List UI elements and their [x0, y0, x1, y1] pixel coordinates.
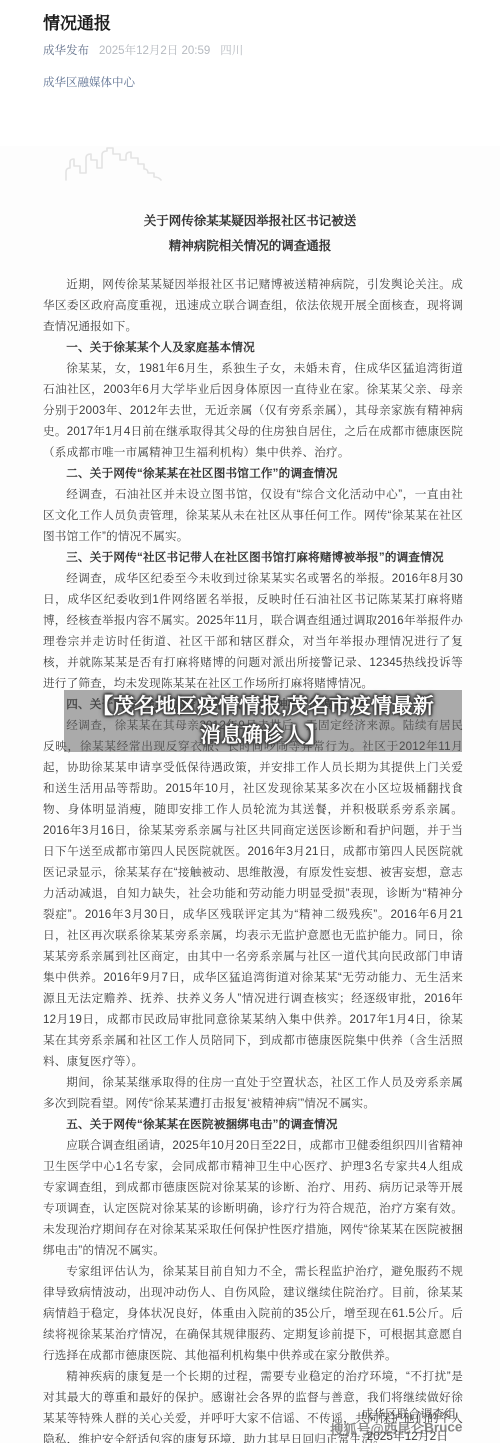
article-body: 近期，网传徐某某疑因举报社区书记赌博被送精神病院，引发舆论关注。成华区委区政府高… [43, 274, 463, 1443]
notice-document-photo[interactable]: 关于网传徐某某疑因举报社区书记被送 精神病院相关情况的调查通报 近期，网传徐某某… [0, 146, 500, 1443]
center-watermark-line1: 【茂名地区疫情情报,茂名市疫情最新 [92, 692, 434, 721]
account-name-link[interactable]: 成华发布 [43, 43, 89, 59]
skyline-sketch-icon [64, 146, 176, 182]
source-line: 成华区融媒体中心 [43, 75, 462, 91]
publish-datetime: 2025年12月2日 20:59 [99, 43, 210, 59]
doc-paragraph: 徐某某，女，1981年6月生，系独生子女，未婚未育，住成华区猛追湾街道石油社区，… [43, 358, 463, 463]
center-watermark-line2: 消息确诊人】 [200, 721, 326, 750]
bottom-watermark: 搜狐号@西昆仑Bruce [329, 1415, 462, 1438]
article-page: 情况通报 成华发布 2025年12月2日 20:59 四川 成华区融媒体中心 关… [0, 0, 500, 1443]
doc-paragraph: 专家组评估认为，徐某某目前自知力不全，需长程监护治疗，避免服药不规律导致病情波动… [43, 1261, 463, 1366]
doc-section-heading: 三、关于网传“社区书记带人在社区图书馆打麻将赌博被举报”的调查情况 [43, 547, 463, 568]
doc-paragraph: 近期，网传徐某某疑因举报社区书记赌博被送精神病院，引发舆论关注。成华区委区政府高… [43, 274, 463, 337]
publish-location: 四川 [220, 43, 243, 59]
notice-title-line2: 精神病院相关情况的调查通报 [0, 234, 500, 259]
doc-paragraph: 经调查，徐某某在其母亲2012年9月去世后，无固定经济来源。陆续有居民反映，徐某… [43, 715, 463, 1072]
doc-section-heading: 二、关于网传“徐某某在社区图书馆工作”的调查情况 [43, 463, 463, 484]
page-title: 情况通报 [43, 12, 462, 36]
article-meta: 成华发布 2025年12月2日 20:59 四川 [43, 43, 462, 59]
doc-paragraph: 经调查，石油社区并未设立图书馆，仅设有“综合文化活动中心”，一直由社区文化工作人… [43, 484, 463, 547]
notice-title-line1: 关于网传徐某某疑因举报社区书记被送 [0, 209, 500, 234]
doc-section-heading: 五、关于网传“徐某某在医院被捆绑电击”的调查情况 [43, 1114, 463, 1135]
doc-paragraph: 经调查，成华区纪委至今未收到过徐某某实名或署名的举报。2016年8月30日，成华… [43, 568, 463, 694]
article-header: 情况通报 成华发布 2025年12月2日 20:59 四川 成华区融媒体中心 [0, 0, 500, 91]
doc-section-heading: 一、关于徐某某个人及家庭基本情况 [43, 337, 463, 358]
doc-paragraph: 期间，徐某某继承取得的住房一直处于空置状态，社区工作人员及旁系亲属多次到院看望。… [43, 1072, 463, 1114]
center-watermark-overlay: 【茂名地区疫情情报,茂名市疫情最新 消息确诊人】 [64, 690, 462, 752]
notice-title: 关于网传徐某某疑因举报社区书记被送 精神病院相关情况的调查通报 [0, 209, 500, 259]
doc-paragraph: 应联合调查组函请，2025年10月20日至22日，成都市卫健委组织四川省精神卫生… [43, 1135, 463, 1261]
